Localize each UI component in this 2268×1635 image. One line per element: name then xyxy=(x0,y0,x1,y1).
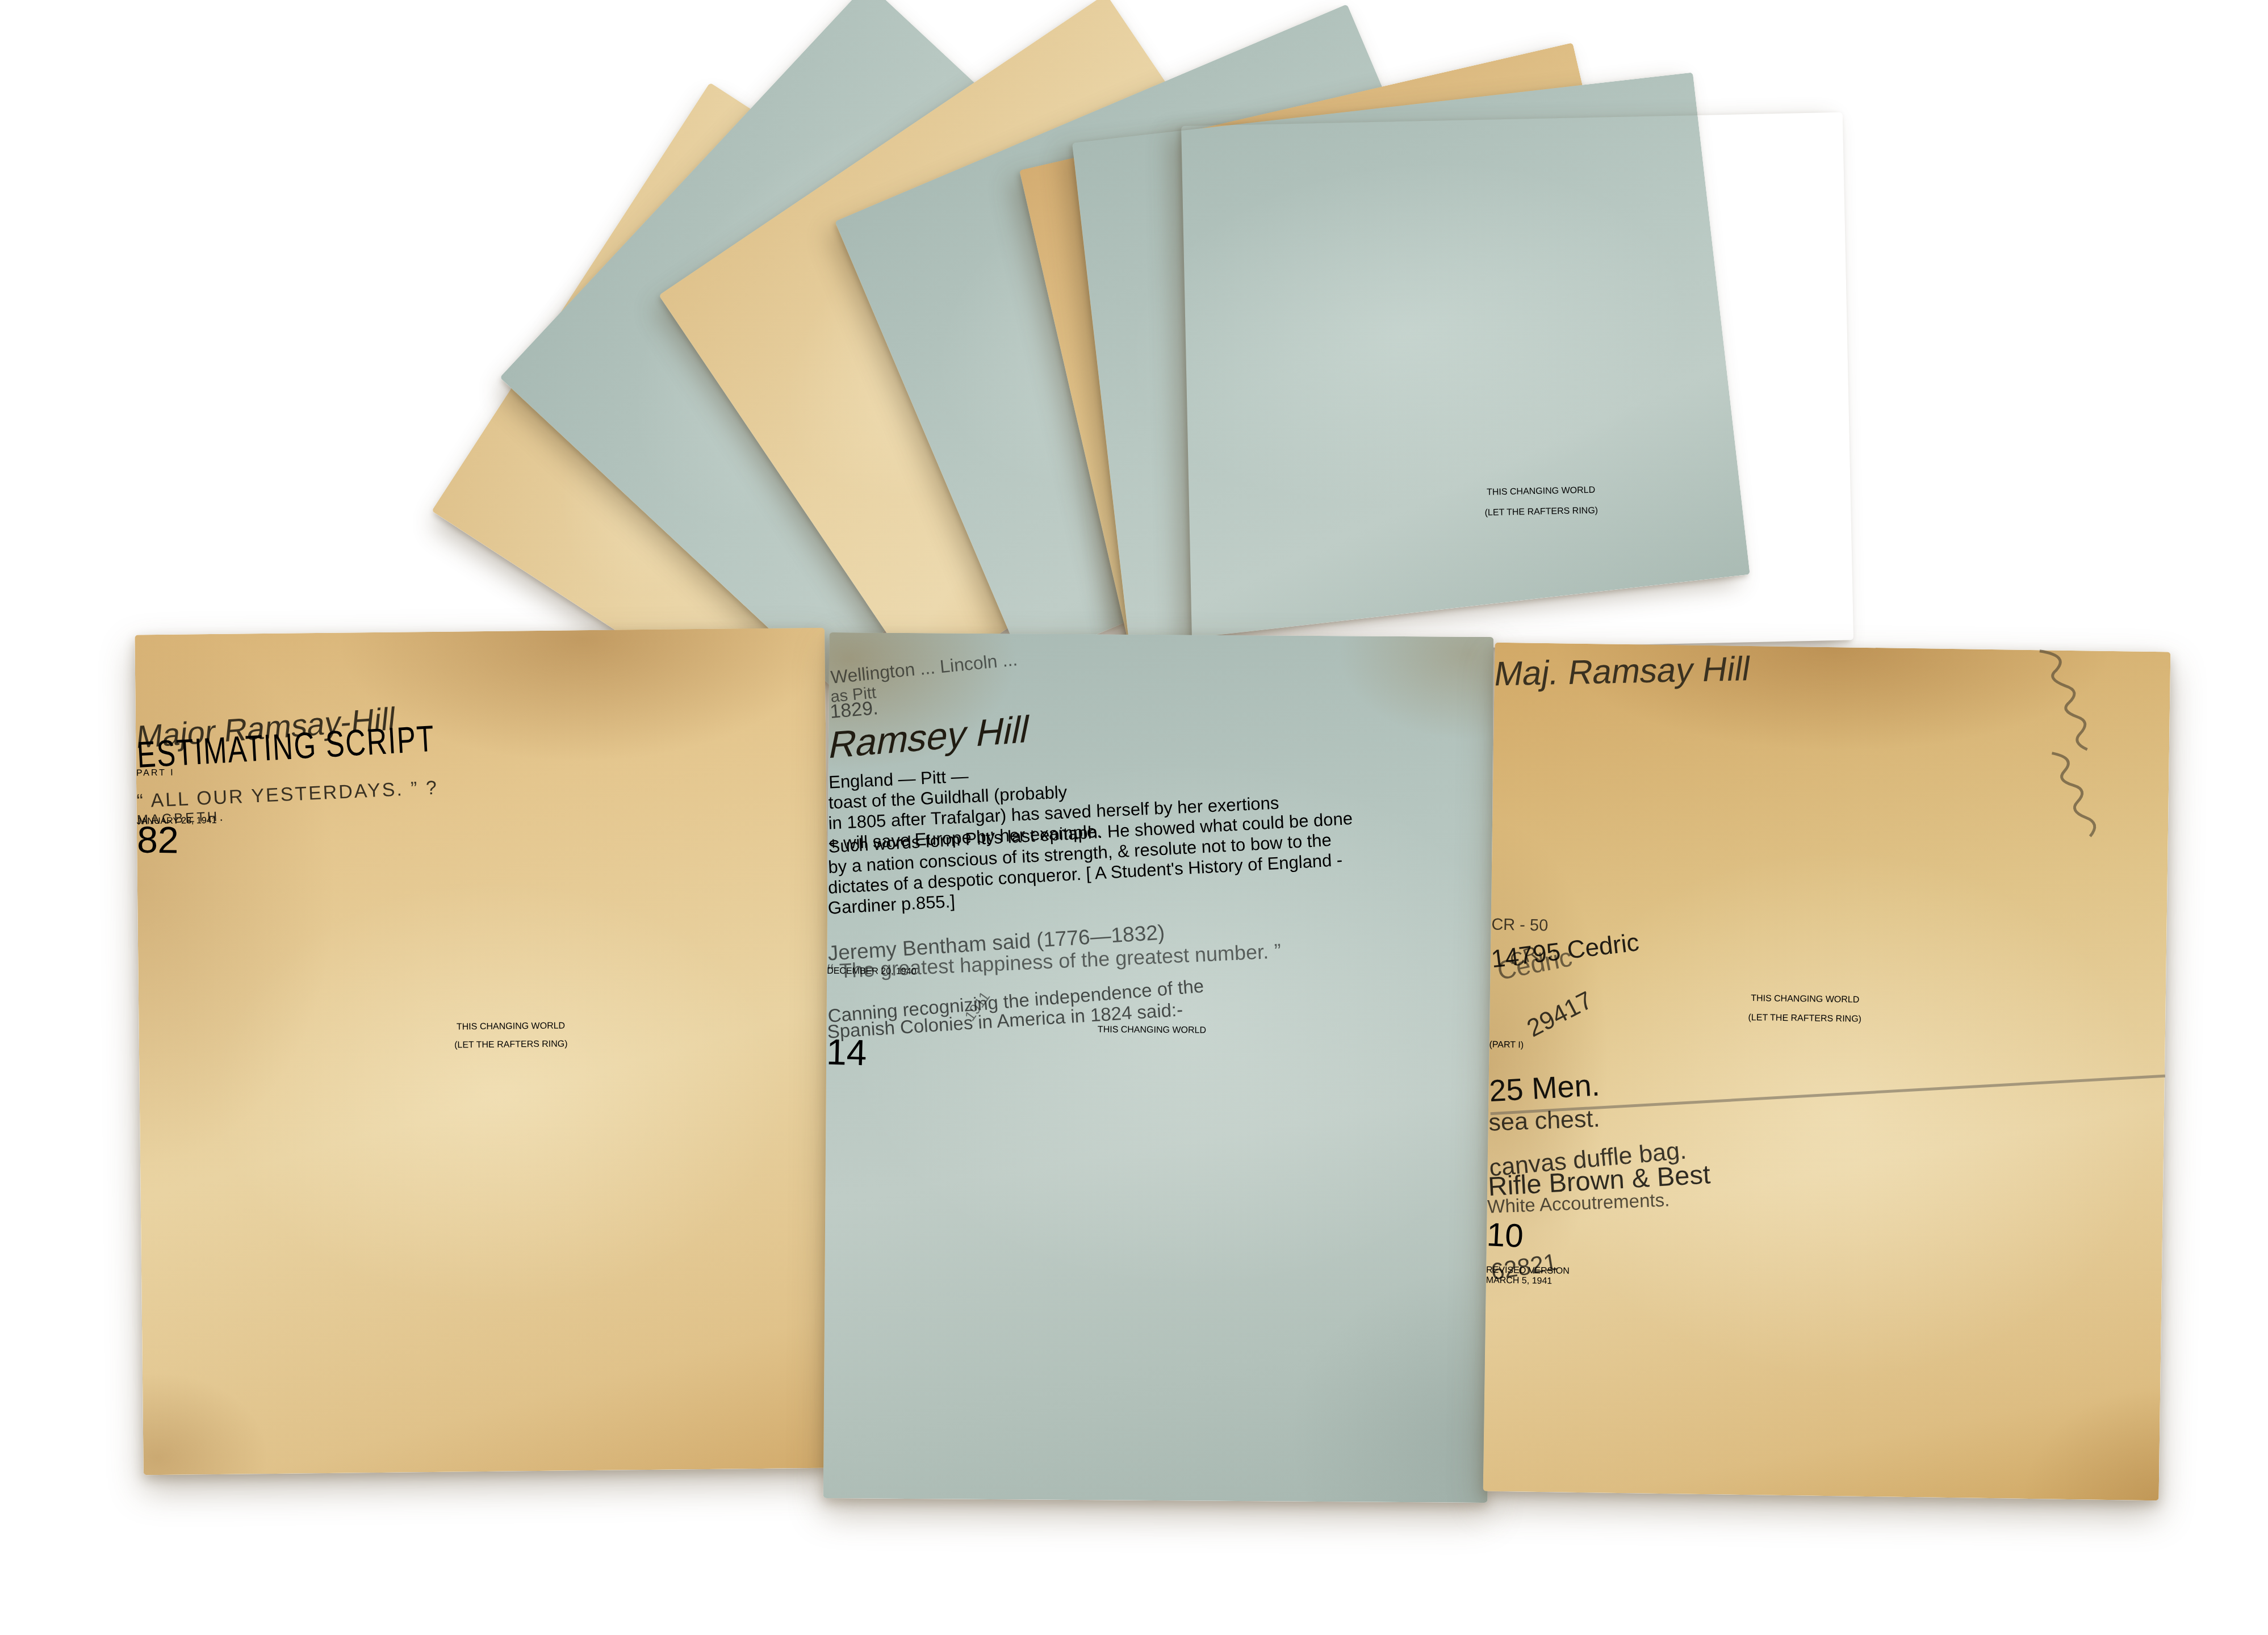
brass-brad xyxy=(1072,140,1106,174)
left-title-block: THIS CHANGING WORLD (LET THE RAFTERS RIN… xyxy=(400,1020,622,1051)
fan-top-title-block: THIS CHANGING WORLD (LET THE RAFTERS RIN… xyxy=(1359,483,1723,521)
brass-brad xyxy=(1019,163,1055,199)
brass-brad xyxy=(826,1079,861,1114)
script-subtitle: (LET THE RAFTERS RING) xyxy=(1359,503,1723,521)
brass-brad xyxy=(432,488,469,526)
page-edges xyxy=(0,34,500,74)
pencil-circle xyxy=(1480,672,1639,847)
middle-page-number-stamp: 14 xyxy=(826,1031,1491,1089)
middle-script-cover: Wellington ... Lincoln ... as Pitt 1829.… xyxy=(823,632,1494,1503)
brass-brad xyxy=(826,1114,1490,1118)
right-script-cover: Maj. Ramsay Hill CR 29417 Cedric CR - 50… xyxy=(1483,643,2171,1500)
torn-corner xyxy=(133,630,251,702)
page-edges xyxy=(0,0,539,40)
photo-of-film-scripts: THIS CHANGING WORLD (LET THE RAFTERS RIN… xyxy=(0,0,2268,1635)
script-title: THIS CHANGING WORLD xyxy=(400,1020,621,1033)
script-title: THIS CHANGING WORLD xyxy=(1706,993,1905,1006)
script-title: THIS CHANGING WORLD xyxy=(1359,483,1723,500)
right-title-block: THIS CHANGING WORLD (LET THE RAFTERS RIN… xyxy=(1705,993,1905,1025)
script-subtitle: (LET THE RAFTERS RING) xyxy=(400,1038,622,1051)
left-script-cover: Major Ramsay-Hill ESTIMATING SCRIPT PART… xyxy=(135,628,833,1475)
pencil-box: CR - 50 14795 Cedric xyxy=(1489,915,1656,1043)
brass-brad xyxy=(500,358,538,396)
script-subtitle: (LET THE RAFTERS RING) xyxy=(1705,1012,1904,1025)
brass-brad xyxy=(826,1114,1490,1118)
left-page-number-stamp: 82 xyxy=(137,817,827,871)
